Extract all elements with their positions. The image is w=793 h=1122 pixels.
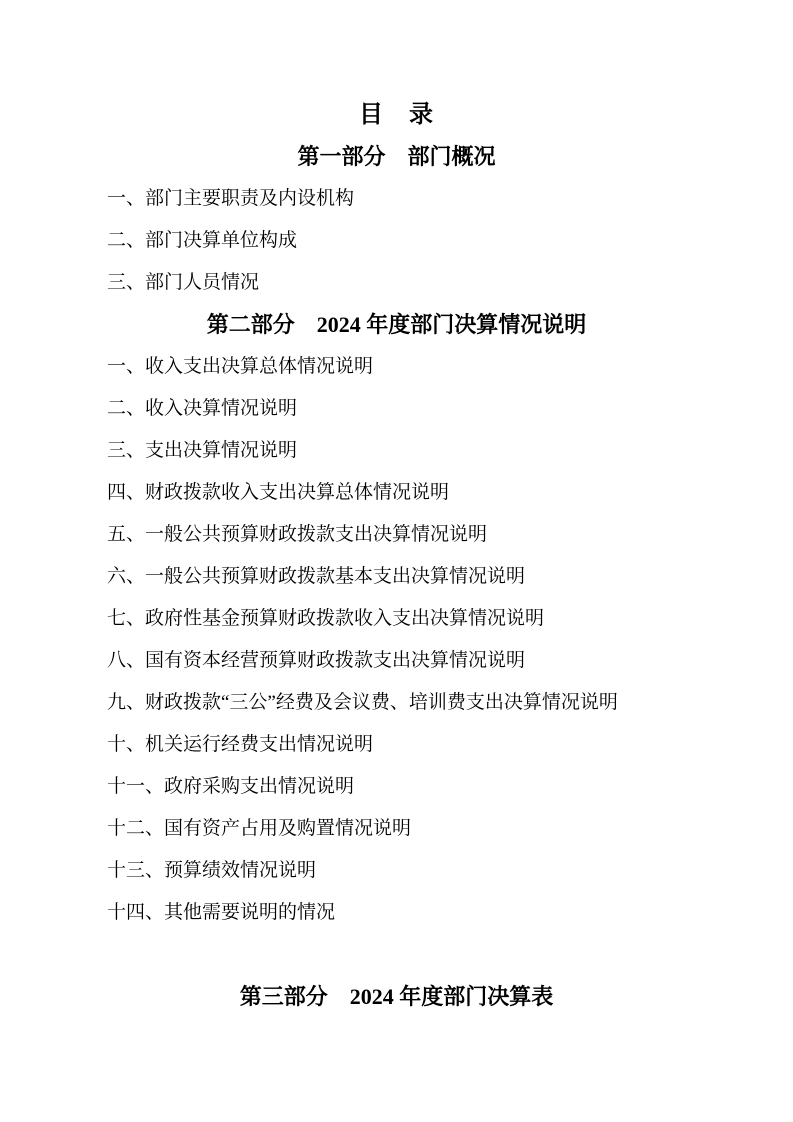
toc-item: 十四、其他需要说明的情况 (0, 892, 793, 934)
toc-item: 十、机关运行经费支出情况说明 (0, 724, 793, 766)
toc-item: 一、收入支出决算总体情况说明 (0, 346, 793, 388)
toc-item: 一、部门主要职责及内设机构 (0, 178, 793, 220)
toc-item: 二、收入决算情况说明 (0, 388, 793, 430)
toc-item: 三、部门人员情况 (0, 262, 793, 304)
toc-item: 三、支出决算情况说明 (0, 430, 793, 472)
section-heading-3: 第三部分 2024 年度部门决算表 (0, 976, 793, 1018)
toc-item: 五、一般公共预算财政拨款支出决算情况说明 (0, 514, 793, 556)
toc-item: 十一、政府采购支出情况说明 (0, 766, 793, 808)
toc-item: 四、财政拨款收入支出决算总体情况说明 (0, 472, 793, 514)
document-page: 目 录 第一部分 部门概况一、部门主要职责及内设机构二、部门决算单位构成三、部门… (0, 0, 793, 1122)
page-title: 目 录 (0, 94, 793, 136)
toc-item: 十二、国有资产占用及购置情况说明 (0, 808, 793, 850)
toc-item: 六、一般公共预算财政拨款基本支出决算情况说明 (0, 556, 793, 598)
toc-item: 七、政府性基金预算财政拨款收入支出决算情况说明 (0, 598, 793, 640)
toc-body: 第一部分 部门概况一、部门主要职责及内设机构二、部门决算单位构成三、部门人员情况… (0, 136, 793, 1018)
section-heading-1: 第一部分 部门概况 (0, 136, 793, 178)
toc-item: 八、国有资本经营预算财政拨款支出决算情况说明 (0, 640, 793, 682)
toc-item: 十三、预算绩效情况说明 (0, 850, 793, 892)
section-heading-2: 第二部分 2024 年度部门决算情况说明 (0, 304, 793, 346)
blank-line (0, 934, 793, 976)
toc-item: 九、财政拨款“三公”经费及会议费、培训费支出决算情况说明 (0, 682, 793, 724)
toc-item: 二、部门决算单位构成 (0, 220, 793, 262)
